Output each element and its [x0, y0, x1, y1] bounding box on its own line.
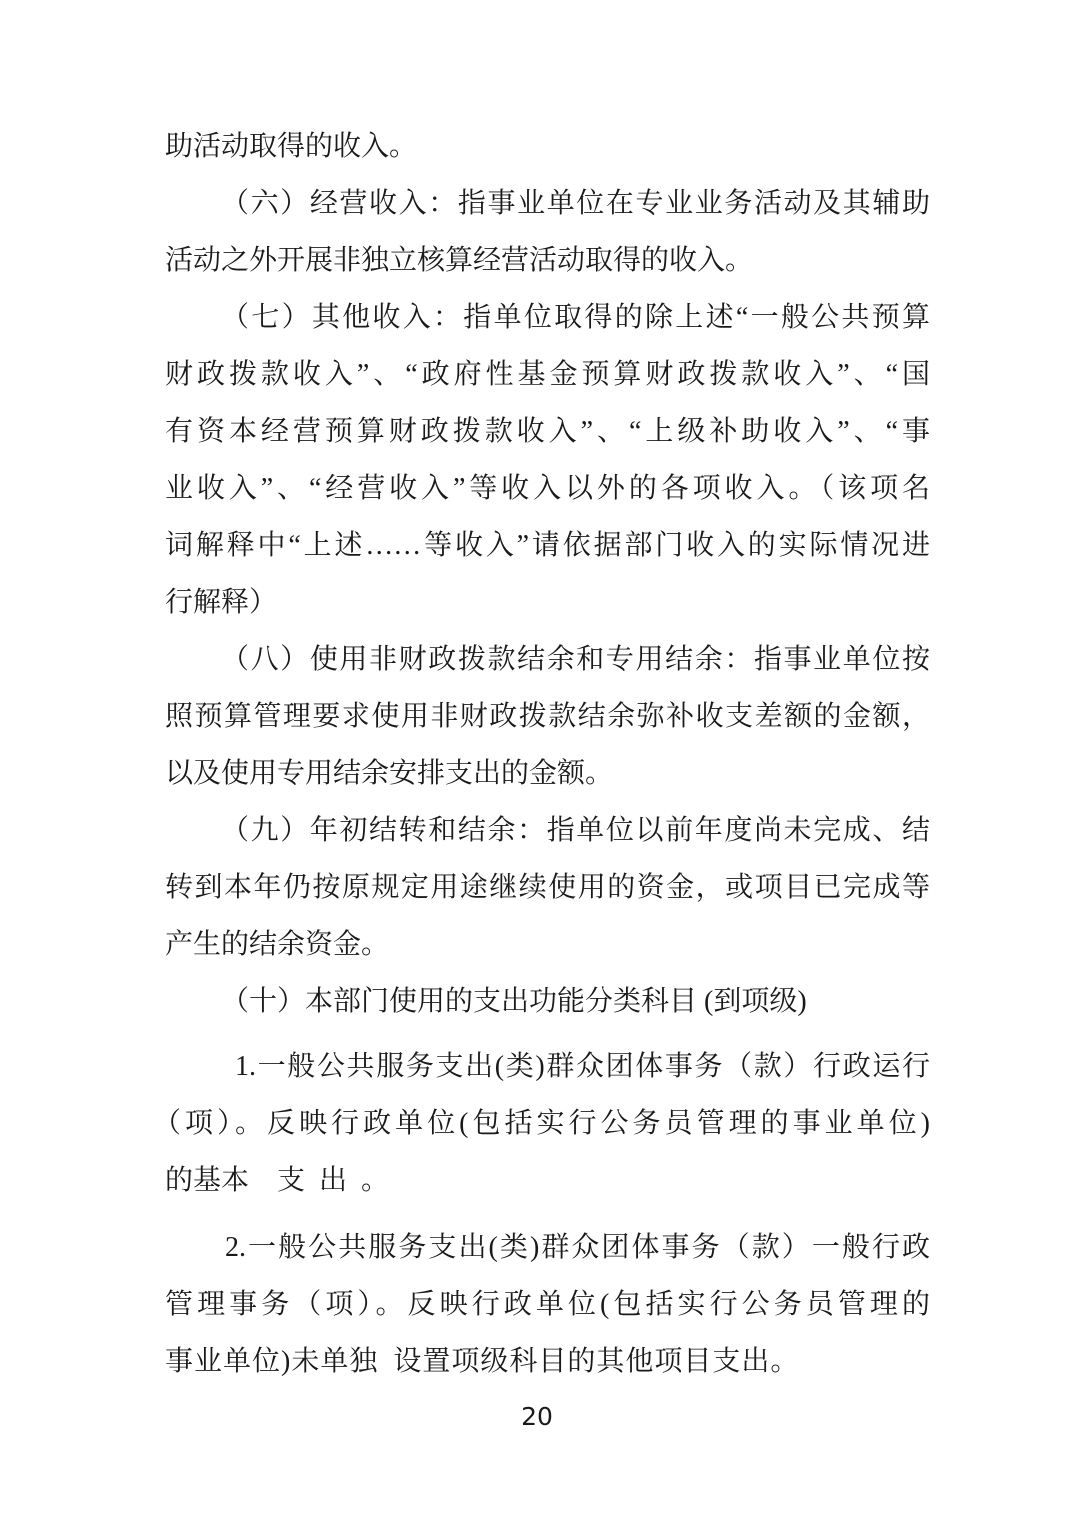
text-line: 事业单位)未单独 设置项级科目的其他项目支出。	[165, 1333, 930, 1390]
text-line: （项）。反映行政单位(包括实行公务员管理的事业单位)	[153, 1095, 930, 1152]
text-line: 2.一般公共服务支出(类)群众团体事务（款）一般行政	[165, 1219, 930, 1276]
text-line: 有资本经营预算财政拨款收入”、“上级补助收入”、“事	[165, 403, 930, 460]
document-body: 助活动取得的收入。 （六）经营收入：指事业单位在专业业务活动及其辅助 活动之外开…	[165, 118, 930, 1390]
text-line: （九）年初结转和结余：指单位以前年度尚未完成、结	[165, 802, 930, 859]
text-line: （八）使用非财政拨款结余和专用结余：指事业单位按	[165, 631, 930, 688]
text-line: 活动之外开展非独立核算经营活动取得的收入。	[165, 232, 930, 289]
text-line: 产生的结余资金。	[165, 916, 930, 973]
text-line: 行解释）	[165, 574, 930, 631]
document-page: 助活动取得的收入。 （六）经营收入：指事业单位在专业业务活动及其辅助 活动之外开…	[0, 0, 1074, 1520]
text-line: 管理事务（项）。反映行政单位(包括实行公务员管理的	[165, 1276, 930, 1333]
text-line: （十）本部门使用的支出功能分类科目 (到项级)	[165, 973, 930, 1030]
text-line: 词解释中“上述……等收入”请依据部门收入的实际情况进	[165, 517, 930, 574]
text-line: 转到本年仍按原规定用途继续使用的资金，或项目已完成等	[165, 859, 930, 916]
text-line: 照预算管理要求使用非财政拨款结余弥补收支差额的金额，	[165, 688, 930, 745]
text-line: 的基本 支 出 。	[165, 1152, 930, 1209]
text-line: （七）其他收入：指单位取得的除上述“一般公共预算	[165, 289, 930, 346]
text-line: 助活动取得的收入。	[165, 118, 930, 175]
text-line: 以及使用专用结余安排支出的金额。	[165, 745, 930, 802]
text-line: 财政拨款收入”、“政府性基金预算财政拨款收入”、“国	[165, 346, 930, 403]
text-line: 业收入”、“经营收入”等收入以外的各项收入。（该项名	[165, 460, 930, 517]
text-line: 1.一般公共服务支出(类)群众团体事务（款）行政运行	[165, 1038, 930, 1095]
text-line: （六）经营收入：指事业单位在专业业务活动及其辅助	[165, 175, 930, 232]
page-number: 20	[0, 1402, 1074, 1432]
